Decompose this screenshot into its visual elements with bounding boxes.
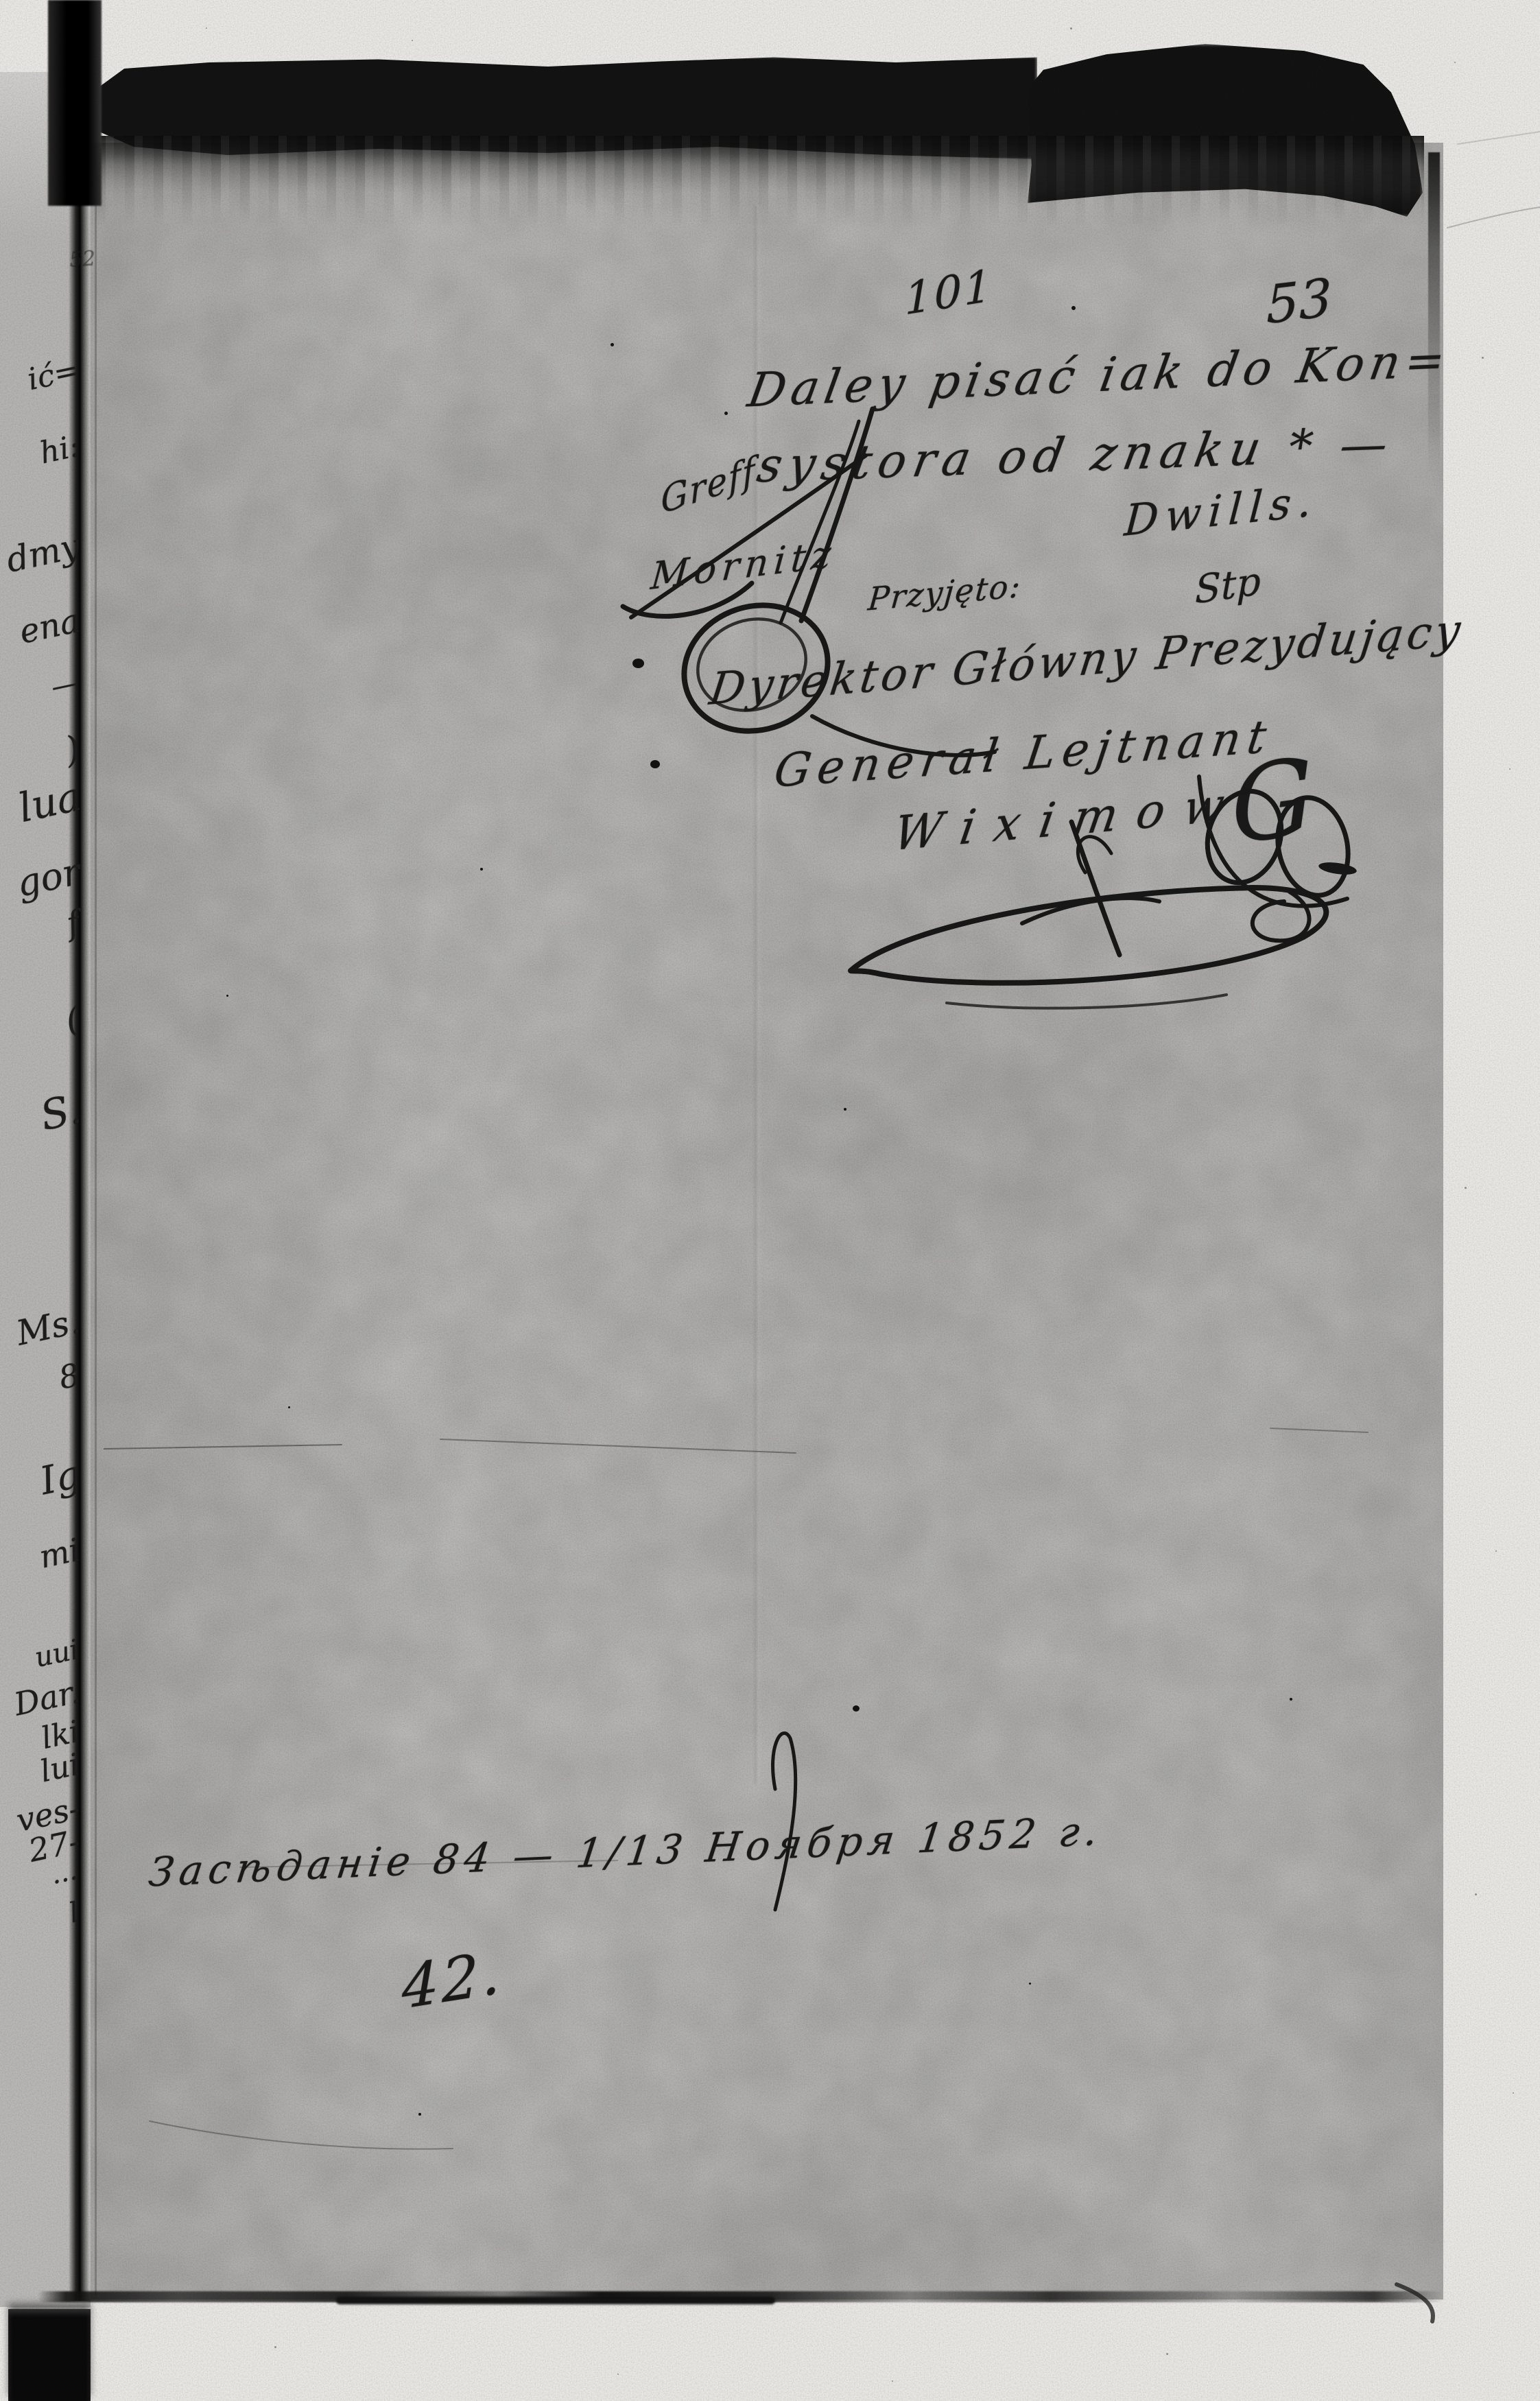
ink-speck bbox=[288, 1406, 290, 1408]
dust-speck bbox=[1070, 27, 1072, 29]
dust-speck bbox=[412, 40, 413, 41]
ink-blob bbox=[632, 659, 644, 668]
ink-speck bbox=[226, 995, 228, 997]
dust-speck bbox=[1465, 1187, 1467, 1189]
vertical-paper-crease bbox=[752, 206, 763, 1784]
dust-speck bbox=[892, 2380, 893, 2382]
ink-blob bbox=[650, 760, 660, 768]
dust-speck bbox=[206, 27, 207, 29]
dust-speck bbox=[1495, 1550, 1497, 1552]
dust-speck bbox=[1482, 357, 1484, 359]
dust-speck bbox=[1475, 1893, 1477, 1895]
page-edges-shadow bbox=[96, 136, 1424, 226]
page-bottom-edge-dark-segment bbox=[336, 2297, 775, 2304]
page-left-edge-crease bbox=[95, 165, 97, 2295]
dust-speck bbox=[1166, 2353, 1168, 2355]
ink-speck bbox=[1290, 1698, 1292, 1701]
ink-speck bbox=[611, 343, 614, 346]
dust-speck bbox=[1513, 2092, 1514, 2094]
dust-speck bbox=[1509, 768, 1511, 770]
page-right-edge-shadow bbox=[1428, 152, 1440, 475]
initials-mark: Stp bbox=[1195, 559, 1261, 613]
spine-fold-line bbox=[69, 163, 89, 2301]
dust-speck bbox=[1454, 62, 1456, 63]
ink-speck bbox=[418, 2113, 421, 2116]
ink-speck bbox=[1029, 1983, 1031, 1985]
ink-speck bbox=[853, 1705, 860, 1712]
ink-speck bbox=[1071, 306, 1076, 310]
binding-corner-block bbox=[8, 2309, 91, 2401]
dust-speck bbox=[274, 2346, 276, 2348]
dust-speck bbox=[617, 2374, 619, 2375]
ink-speck bbox=[724, 412, 728, 415]
spine-page-number: 52 bbox=[69, 246, 97, 272]
ink-speck bbox=[844, 1108, 846, 1111]
scanned-archival-page: 101 53 52 Daley pisać iak do Kon= systor… bbox=[0, 0, 1540, 2401]
ink-speck bbox=[480, 868, 483, 871]
page-number: 53 bbox=[1266, 266, 1333, 335]
spine-binding-bar bbox=[48, 0, 102, 206]
